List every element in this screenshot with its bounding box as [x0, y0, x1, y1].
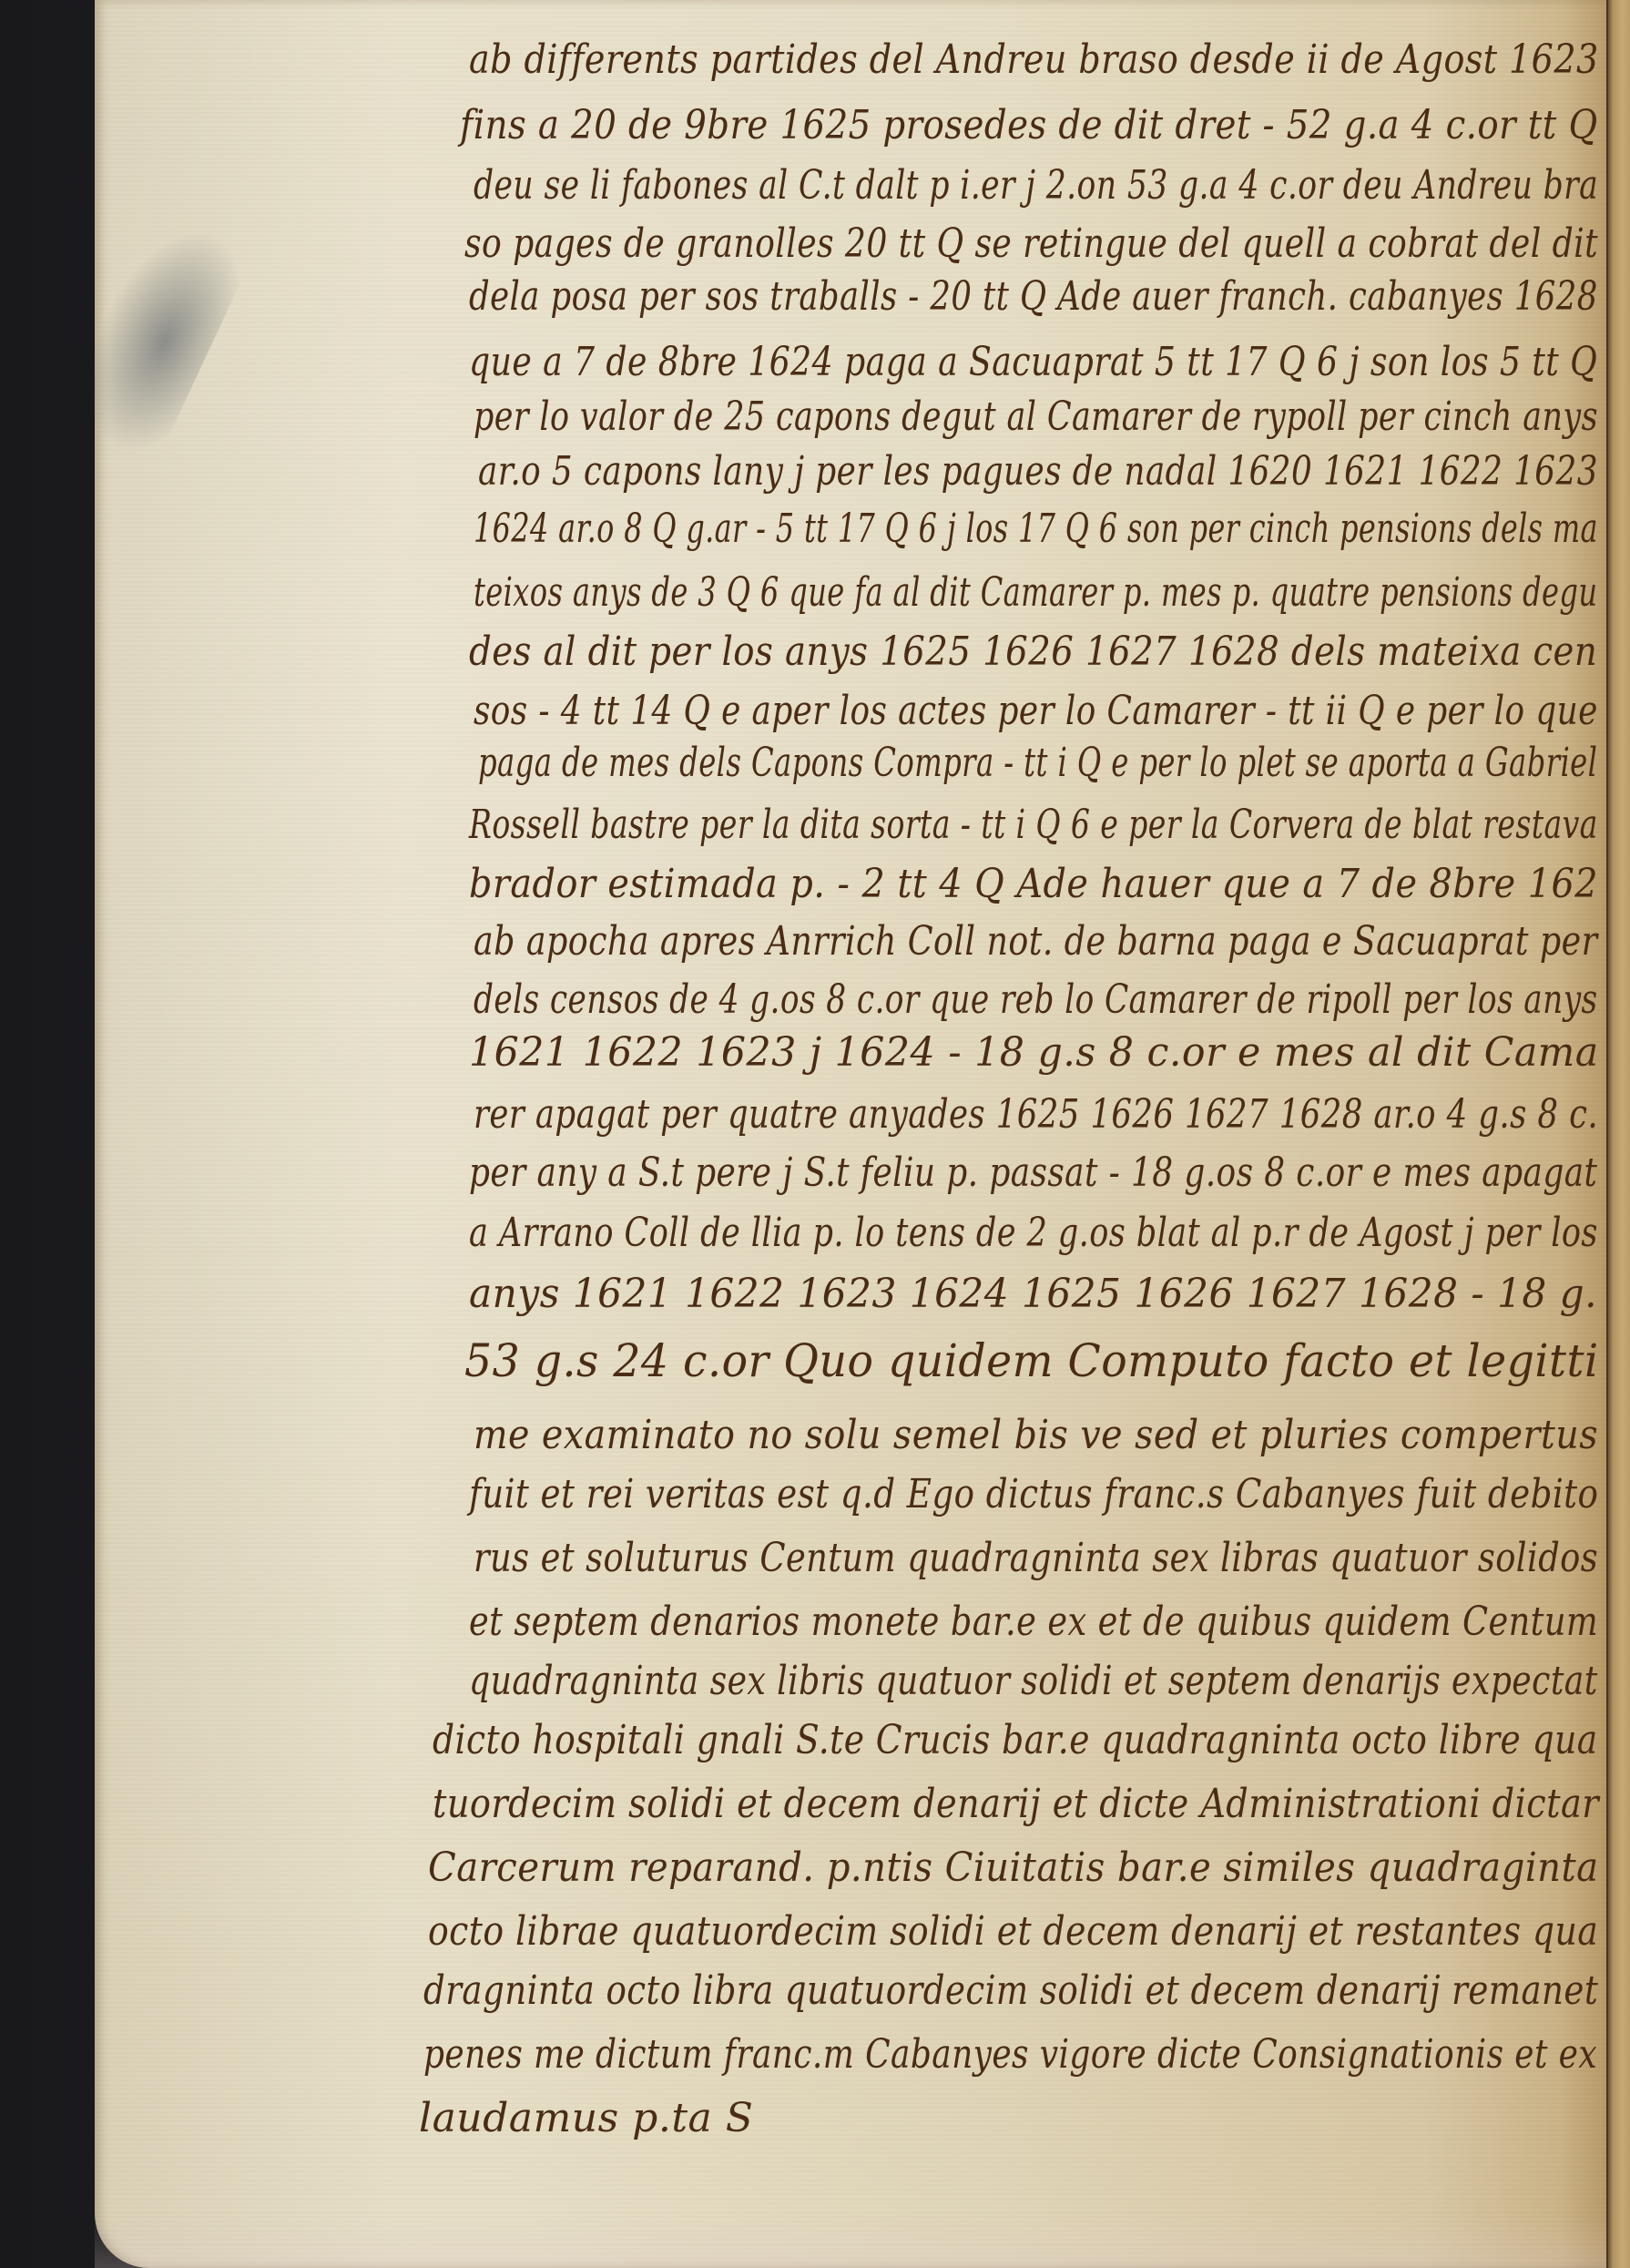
manuscript-line: fins a 20 de 9bre 1625 prosedes de dit d…: [460, 102, 1598, 148]
manuscript-line: ab apocha apres Anrrich Coll not. de bar…: [474, 918, 1597, 965]
manuscript-line: teixos anys de 3 Q 6 que fa al dit Camar…: [474, 569, 1597, 616]
manuscript-line: 1624 ar.o 8 Q g.ar - 5 tt 17 Q 6 j los 1…: [474, 506, 1598, 552]
manuscript-line: brador estimada p. - 2 tt 4 Q Ade hauer …: [469, 861, 1598, 907]
handwritten-text-block: ab differents partides del Andreu braso …: [0, 0, 1630, 2268]
manuscript-line: octo librae quatuordecim solidi et decem…: [428, 1908, 1598, 1955]
manuscript-line: quadragninta sex libris quatuor solidi e…: [469, 1658, 1598, 1704]
manuscript-line: Carcerum reparand. p.ntis Ciuitatis bar.…: [428, 1844, 1599, 1891]
manuscript-line: dragninta octo libra quatuordecim solidi…: [423, 1967, 1598, 2014]
manuscript-line: sos - 4 tt 14 Q e aper los actes per lo …: [474, 688, 1598, 734]
manuscript-line: laudamus p.ta S: [419, 2095, 753, 2141]
manuscript-line: des al dit per los anys 1625 1626 1627 1…: [469, 628, 1597, 675]
manuscript-line: rer apagat per quatre anyades 1625 1626 …: [474, 1091, 1598, 1138]
manuscript-line: 1621 1622 1623 j 1624 - 18 g.s 8 c.or e …: [469, 1029, 1599, 1076]
manuscript-line: deu se li fabones al C.t dalt p i.er j 2…: [474, 162, 1598, 209]
manuscript-line: ar.o 5 capons lany j per les pagues de n…: [478, 448, 1598, 495]
manuscript-line: per lo valor de 25 capons degut al Camar…: [474, 393, 1598, 440]
manuscript-line: fuit et rei veritas est q.d Ego dictus f…: [469, 1471, 1598, 1517]
manuscript-line: et septem denarios monete bar.e ex et de…: [469, 1599, 1598, 1645]
manuscript-line: anys 1621 1622 1623 1624 1625 1626 1627 …: [469, 1271, 1597, 1317]
manuscript-line: dela posa per sos traballs - 20 tt Q Ade…: [469, 273, 1598, 320]
manuscript-line: Rossell bastre per la dita sorta - tt i …: [469, 802, 1598, 848]
manuscript-line: so pages de granolles 20 tt Q se retingu…: [464, 220, 1598, 267]
manuscript-line: per any a S.t pere j S.t feliu p. passat…: [469, 1149, 1597, 1196]
manuscript-line: dels censos de 4 g.os 8 c.or que reb lo …: [474, 976, 1598, 1023]
manuscript-line: a Arrano Coll de llia p. lo tens de 2 g.…: [469, 1210, 1598, 1256]
manuscript-line: penes me dictum franc.m Cabanyes vigore …: [423, 2031, 1597, 2078]
manuscript-line: ab differents partides del Andreu braso …: [469, 36, 1599, 83]
manuscript-line: que a 7 de 8bre 1624 paga a Sacuaprat 5 …: [469, 339, 1597, 385]
manuscript-line: me examinato no solu semel bis ve sed et…: [474, 1412, 1598, 1458]
manuscript-line: paga de mes dels Capons Compra - tt i Q …: [478, 740, 1597, 786]
manuscript-line: 53 g.s 24 c.or Quo quidem Computo facto …: [464, 1334, 1599, 1387]
manuscript-line: dicto hospitali gnali S.te Crucis bar.e …: [433, 1717, 1598, 1763]
manuscript-line: tuordecim solidi et decem denarij et dic…: [433, 1781, 1599, 1827]
manuscript-line: rus et soluturus Centum quadragninta sex…: [474, 1535, 1598, 1581]
scan-artifact: [95, 2213, 1606, 2268]
